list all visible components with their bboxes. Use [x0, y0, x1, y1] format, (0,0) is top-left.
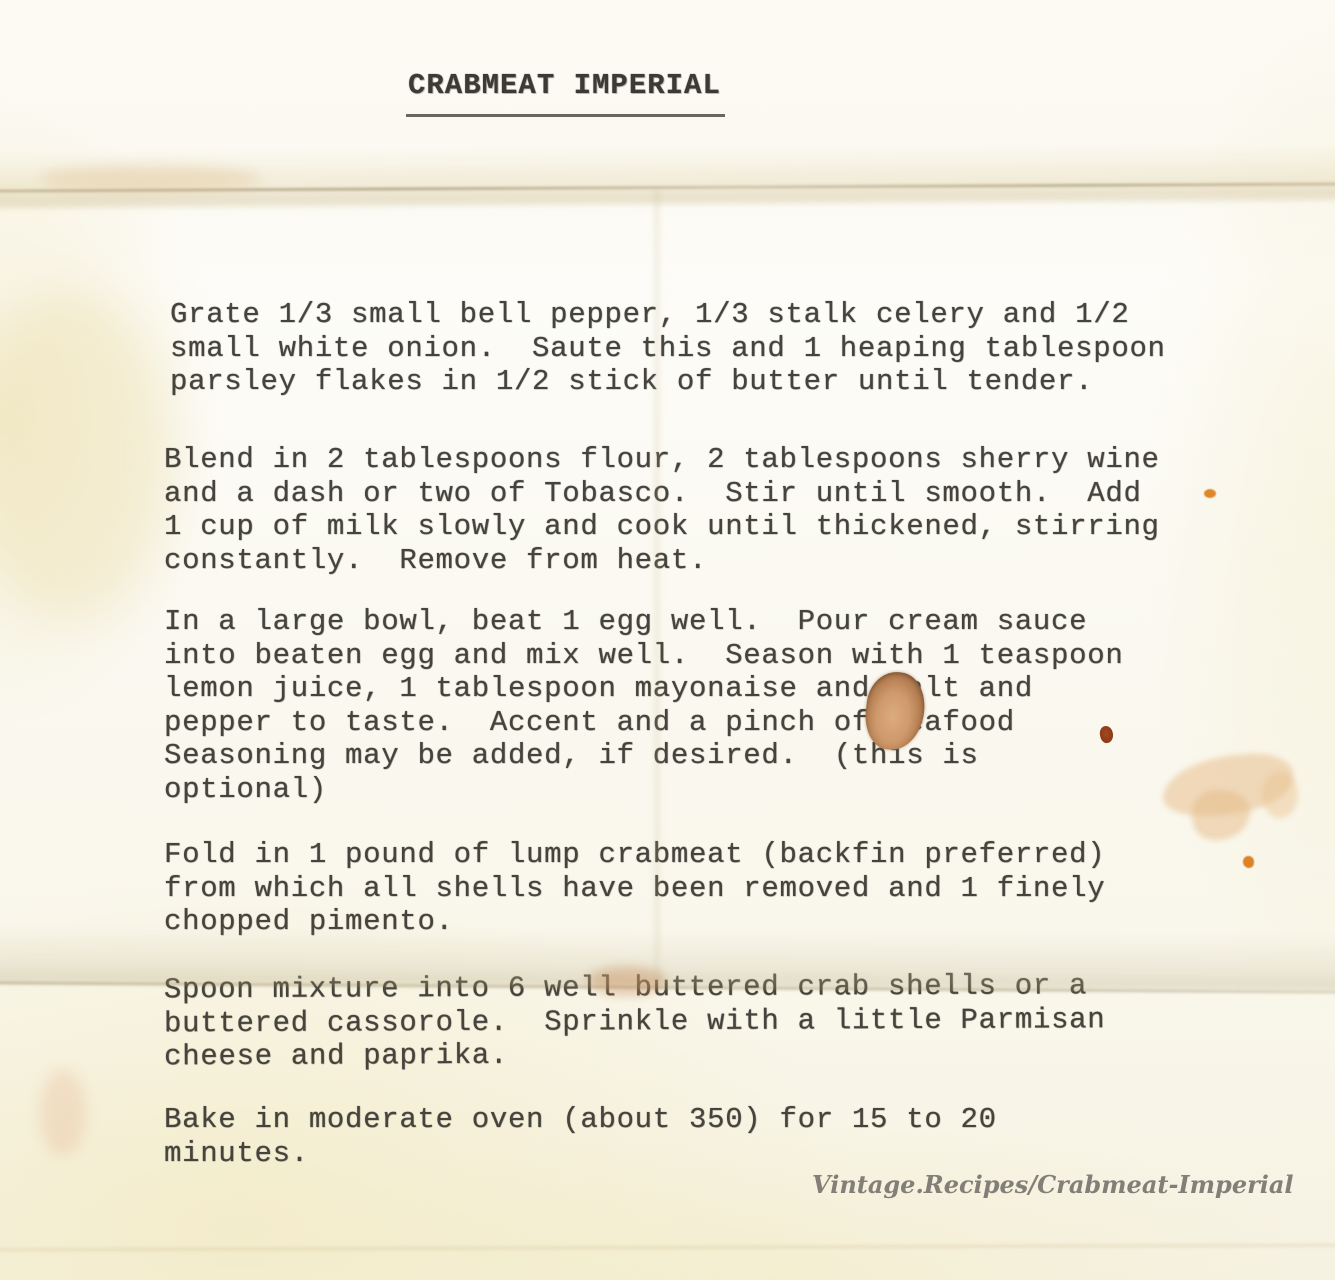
top-left-stain-smudge — [40, 165, 260, 191]
recipe-paragraph-spoon: Spoon mixture into 6 well buttered crab … — [164, 969, 1224, 1074]
recipe-paragraph-fold: Fold in 1 pound of lump crabmeat (backfi… — [164, 838, 1224, 939]
recipe-paragraph-bake: Bake in moderate oven (about 350) for 15… — [164, 1103, 1224, 1170]
top-fold-crease — [0, 144, 1335, 210]
recipe-title: CRABMEAT IMPERIAL — [406, 68, 725, 117]
watermark-text: Vintage.Recipes/Crabmeat-Imperial — [812, 1170, 1294, 1199]
top-fold-crease-line — [0, 182, 1335, 192]
bottom-crease-line — [0, 1244, 1335, 1252]
left-edge-stain — [0, 290, 170, 620]
recipe-paper-scan: CRABMEAT IMPERIAL Grate 1/3 small bell p… — [0, 0, 1335, 1280]
pink-stain-smudge — [40, 1070, 86, 1156]
recipe-paragraph-blend: Blend in 2 tablespoons flour, 2 tablespo… — [164, 443, 1224, 577]
recipe-paragraph-grate: Grate 1/3 small bell pepper, 1/3 stalk c… — [170, 298, 1230, 399]
recipe-paragraph-season: In a large bowl, beat 1 egg well. Pour c… — [164, 605, 1224, 806]
orange-stain-dot-lower — [1243, 856, 1254, 868]
coffee-stain-lobe-right — [1262, 772, 1298, 818]
